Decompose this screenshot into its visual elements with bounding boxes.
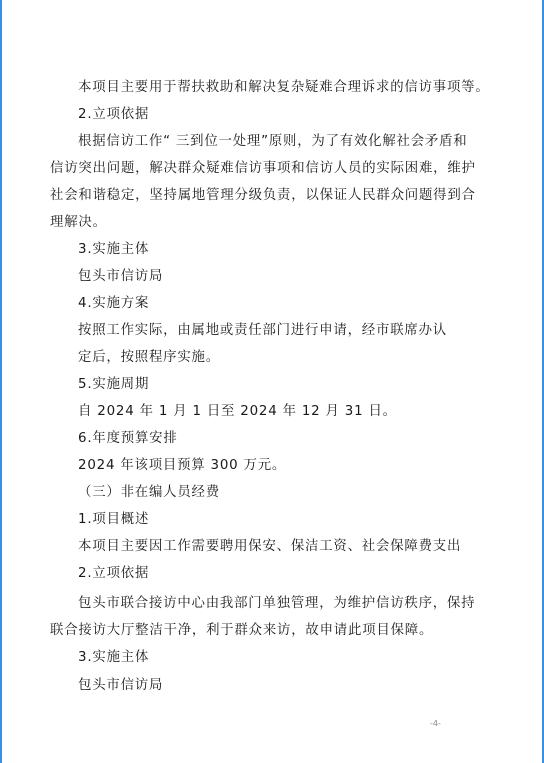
paragraph-line: 联合接访大厅整洁干净，利于群众来访，故申请此项目保障。 (50, 623, 433, 639)
paragraph-line: 包头市信访局 (78, 269, 163, 285)
paragraph-line: 本项目主要用于帮扶救助和解决复杂疑难合理诉求的信访事项等。 (78, 80, 490, 96)
section-heading: 3.实施主体 (78, 242, 149, 258)
section-heading: 1.项目概述 (78, 512, 149, 528)
paragraph-line: 理解决。 (50, 215, 107, 231)
paragraph-line: 自 2024 年 1 月 1 日至 2024 年 12 月 31 日。 (78, 404, 397, 420)
paragraph-line: 信访突出问题，解决群众疑难信访事项和信访人员的实际困难，维护 (50, 161, 476, 177)
section-heading: 2.立项依据 (78, 566, 149, 582)
paragraph-line: 包头市信访局 (78, 678, 163, 694)
section-heading: 5.实施周期 (78, 377, 149, 393)
section-heading: 6.年度预算安排 (78, 431, 178, 447)
paragraph-line: 根据信访工作“ 三到位一处理”原则，为了有效化解社会矛盾和 (78, 134, 468, 150)
section-heading: 3.实施主体 (78, 650, 149, 666)
paragraph-line: 社会和谐稳定，坚持属地管理分级负责，以保证人民群众问题得到合 (50, 188, 476, 204)
page-number: -4- (430, 719, 441, 728)
paragraph-line: 2024 年该项目预算 300 万元。 (78, 458, 286, 474)
paragraph-line: 包头市联合接访中心由我部门单独管理，为维护信访秩序，保持 (78, 596, 475, 612)
paragraph-line: 定后，按照程序实施。 (78, 350, 220, 366)
paragraph-line: 按照工作实际，由属地或责任部门进行申请，经市联席办认 (78, 323, 447, 339)
section-heading: 2.立项依据 (78, 107, 149, 123)
subsection-heading: （三）非在编人员经费 (78, 485, 220, 501)
section-heading: 4.实施方案 (78, 296, 149, 312)
paragraph-line: 本项目主要因工作需要聘用保安、保洁工资、社会保障费支出 (78, 539, 461, 555)
